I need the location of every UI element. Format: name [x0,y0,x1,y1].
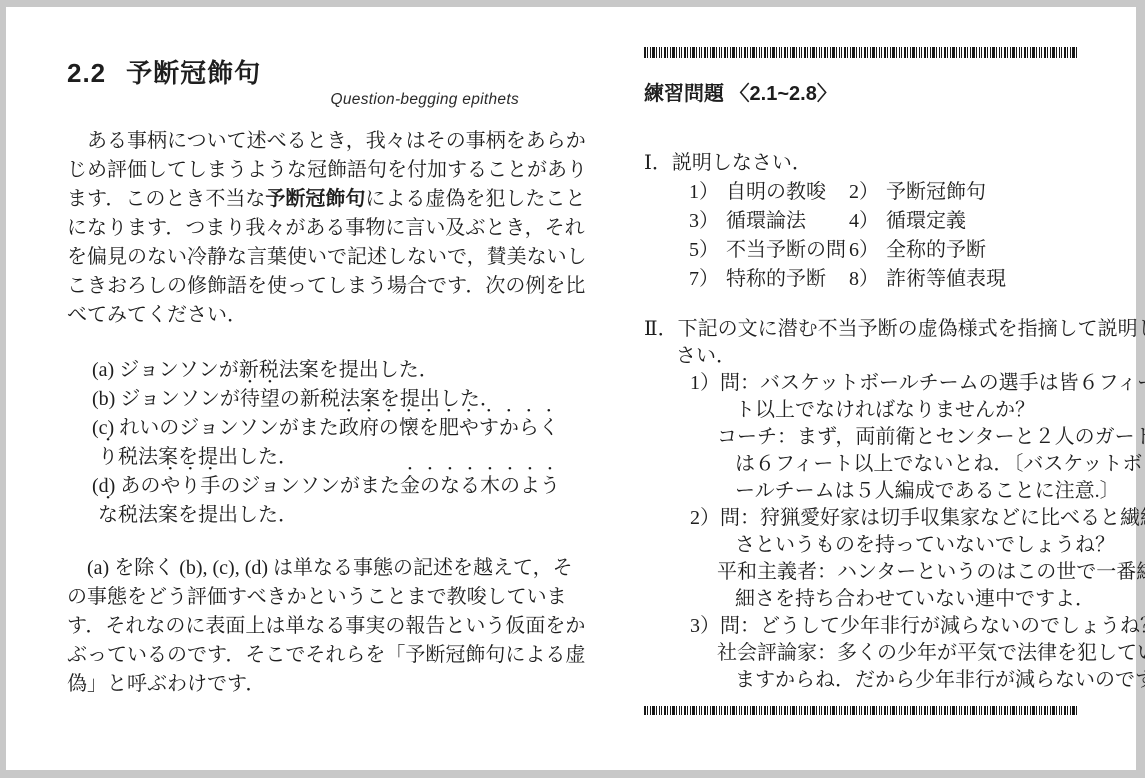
item-number: 1） [689,181,719,203]
item-number: 4） [849,210,879,232]
exercise-item: 4）循環定義 [849,207,1078,236]
item-term: 循環論法 [726,210,806,232]
item-term: 自明の教唆 [726,181,826,203]
item-term: 全称的予断 [886,239,986,261]
text-line: の事態をどう評価すべきかということまで教唆していま [67,583,519,612]
item-number: 3） [689,210,719,232]
text-line: べてみてください． [67,301,519,330]
text-line: ある事柄について述べるとき，我々はその事柄をあらか [67,127,519,156]
text-line: ますからね．だから少年非行が減らないのです [644,667,1078,694]
text-line: ぶっているのです．そこでそれらを「予断冠飾句による虚 [67,641,519,670]
text-line: ます．このとき不当な予断冠飾句による虚偽を犯したこと [67,185,519,214]
barcode-divider-top [644,47,1078,58]
exercise-item: 5）不当予断の問 [689,236,849,265]
text-line: 社会評論家：多くの少年が平気で法律を犯してい [644,640,1078,667]
text-line: Ⅱ．下記の文に潜む不当予断の虚偽様式を指摘して説明しな [644,316,1078,343]
text-line: ト以上でなければなりませんか？ [644,397,1078,424]
section-2-lines: Ⅱ．下記の文に潜む不当予断の虚偽様式を指摘して説明しなさい．1）問：バスケットボ… [644,316,1078,694]
book-page: 2.2 予断冠飾句 Question-begging epithets ある事柄… [6,7,1136,770]
paragraph-2: (a) を除く (b), (c), (d) は単なる事態の記述を越えて，その事態… [67,554,519,699]
section-1-heading: Ⅰ．説明しなさい． [644,149,1078,178]
exercise-item: 8）詐術等値表現 [849,265,1078,294]
text-line: 細さを持ち合わせていない連中ですよ． [644,586,1078,613]
screenshot-root: { "document": { "left_page": { "section_… [0,0,1145,778]
section-number: 2.2 [67,58,106,88]
text-line: (c) れいのジョンソンがまた政府の懐を肥やすからく [67,414,519,443]
text-line: じめ評価してしまうような冠飾語句を付加することがあり [67,156,519,185]
right-page-column: 練習問題 〈2.1~2.8〉 Ⅰ．説明しなさい． 1）自明の教唆2）予断冠飾句3… [644,7,1078,715]
text-line: さというものを持っていないでしょうね？ [644,532,1078,559]
exercise-item: 2）予断冠飾句 [849,178,1078,207]
section-heading: 2.2 予断冠飾句 [67,58,519,88]
text-line: (b) ジョンソンが待望の新税法案を提出した． [67,385,519,414]
text-line: 3）問：どうして少年非行が減らないのでしょうね？ [644,613,1078,640]
exercise-item: 7）特称的予断 [689,265,849,294]
text-line: さい． [644,343,1078,370]
item-number: 2） [849,181,879,203]
subtitle-english: Question-begging epithets [67,91,519,109]
text-line: 2）問：狩猟愛好家は切手収集家などに比べると繊細 [644,505,1078,532]
text-line: を偏見のない冷静な言葉使いで記述しないで，賛美ないし [67,243,519,272]
exercise-item: 6）全称的予断 [849,236,1078,265]
exercise-item: 3）循環論法 [689,207,849,236]
text-line: な税法案を提出した． [67,501,519,530]
text-line: 1）問：バスケットボールチームの選手は皆６フィー [644,370,1078,397]
exercises-heading: 練習問題 〈2.1~2.8〉 [644,80,1078,109]
item-term: 特称的予断 [726,268,826,290]
examples-list: (a) ジョンソンが新税法案を提出した．(b) ジョンソンが待望の新税法案を提出… [67,356,519,530]
exercise-item: 1）自明の教唆 [689,178,849,207]
text-line: こきおろしの修飾語を使ってしまう場合です．次の例を比 [67,272,519,301]
text-line: ールチームは５人編成であることに注意.〕 [644,478,1078,505]
item-number: 8） [849,268,879,290]
item-number: 7） [689,268,719,290]
section-1-items: 1）自明の教唆2）予断冠飾句3）循環論法4）循環定義5）不当予断の問6）全称的予… [644,178,1078,294]
item-number: 5） [689,239,719,261]
text-line: 偽」と呼ぶわけです． [67,670,519,699]
text-line: 平和主義者：ハンターというのはこの世で一番繊 [644,559,1078,586]
text-line: コーチ：まず，両前衛とセンターと２人のガード [644,424,1078,451]
paragraph-1: ある事柄について述べるとき，我々はその事柄をあらかじめ評価してしまうような冠飾語… [67,127,519,330]
item-term: 循環定義 [886,210,966,232]
text-line: (a) ジョンソンが新税法案を提出した． [67,356,519,385]
item-term: 不当予断の問 [726,239,846,261]
text-line: になります．つまり我々がある事物に言い及ぶとき，それ [67,214,519,243]
text-line: す．それなのに表面上は単なる事実の報告という仮面をか [67,612,519,641]
section-title: 予断冠飾句 [126,58,261,88]
item-number: 6） [849,239,879,261]
text-line: (a) を除く (b), (c), (d) は単なる事態の記述を越えて，そ [67,554,519,583]
barcode-divider-bottom [644,706,1078,715]
left-page-column: 2.2 予断冠飾句 Question-begging epithets ある事柄… [67,7,519,699]
item-term: 予断冠飾句 [886,181,986,203]
text-line: は６フィート以上でないとね．〔バスケットボ [644,451,1078,478]
item-term: 詐術等値表現 [886,268,1006,290]
text-line: (d) あのやり手のジョンソンがまた金のなる木のよう [67,472,519,501]
